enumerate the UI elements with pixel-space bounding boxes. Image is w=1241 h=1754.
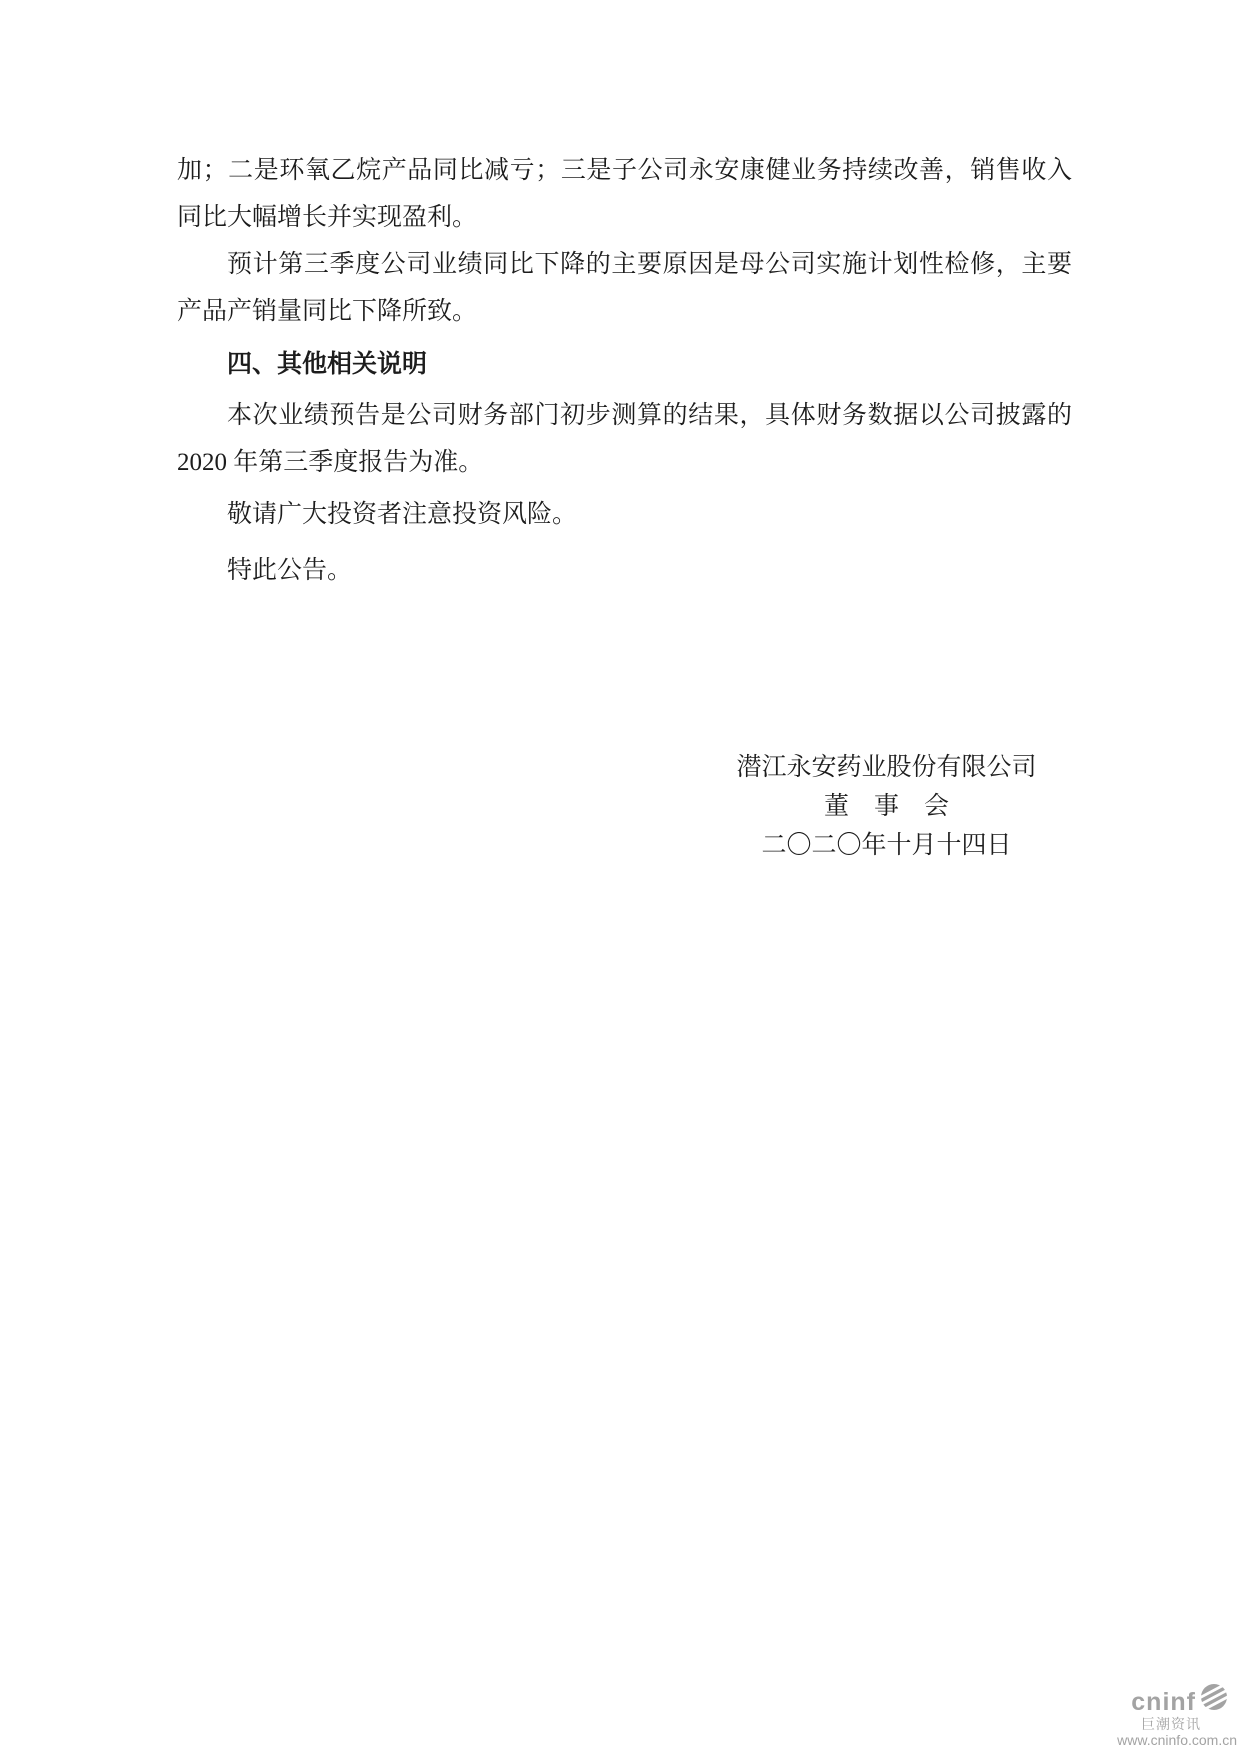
body-line: 加；二是环氧乙烷产品同比减亏；三是子公司永安康健业务持续改善，销售收入 bbox=[177, 147, 1072, 194]
cninfo-brand-text: cninf bbox=[1131, 1690, 1196, 1715]
signature-date: 二〇二〇年十月十四日 bbox=[714, 826, 1059, 865]
document-page: 加；二是环氧乙烷产品同比减亏；三是子公司永安康健业务持续改善，销售收入 同比大幅… bbox=[0, 0, 1241, 1754]
body-line: 产品产销量同比下降所致。 bbox=[177, 288, 1072, 335]
announcement-body: 加；二是环氧乙烷产品同比减亏；三是子公司永安康健业务持续改善，销售收入 同比大幅… bbox=[177, 147, 1072, 594]
signature-block: 潜江永安药业股份有限公司 董 事 会 二〇二〇年十月十四日 bbox=[714, 748, 1059, 865]
cninfo-brand-row: cninf bbox=[1131, 1682, 1229, 1715]
body-line: 预计第三季度公司业绩同比下降的主要原因是母公司实施计划性检修，主要 bbox=[177, 241, 1072, 288]
cninfo-caption: 巨潮资讯 bbox=[1141, 1717, 1201, 1732]
body-line: 敬请广大投资者注意投资风险。 bbox=[177, 491, 1072, 538]
body-line: 特此公告。 bbox=[177, 547, 1072, 594]
cninfo-url: www.cninfo.com.cn bbox=[1117, 1733, 1237, 1748]
cninfo-watermark: cninf 巨潮资讯 www.cninfo.com.cn bbox=[1117, 1682, 1237, 1748]
body-line: 本次业绩预告是公司财务部门初步测算的结果，具体财务数据以公司披露的 bbox=[177, 392, 1072, 439]
cninfo-swirl-icon bbox=[1199, 1682, 1229, 1717]
section-heading: 四、其他相关说明 bbox=[177, 341, 1072, 388]
signature-company: 潜江永安药业股份有限公司 bbox=[714, 748, 1059, 787]
signature-board: 董 事 会 bbox=[714, 787, 1059, 826]
body-line: 同比大幅增长并实现盈利。 bbox=[177, 194, 1072, 241]
body-line: 2020 年第三季度报告为准。 bbox=[177, 439, 1072, 486]
